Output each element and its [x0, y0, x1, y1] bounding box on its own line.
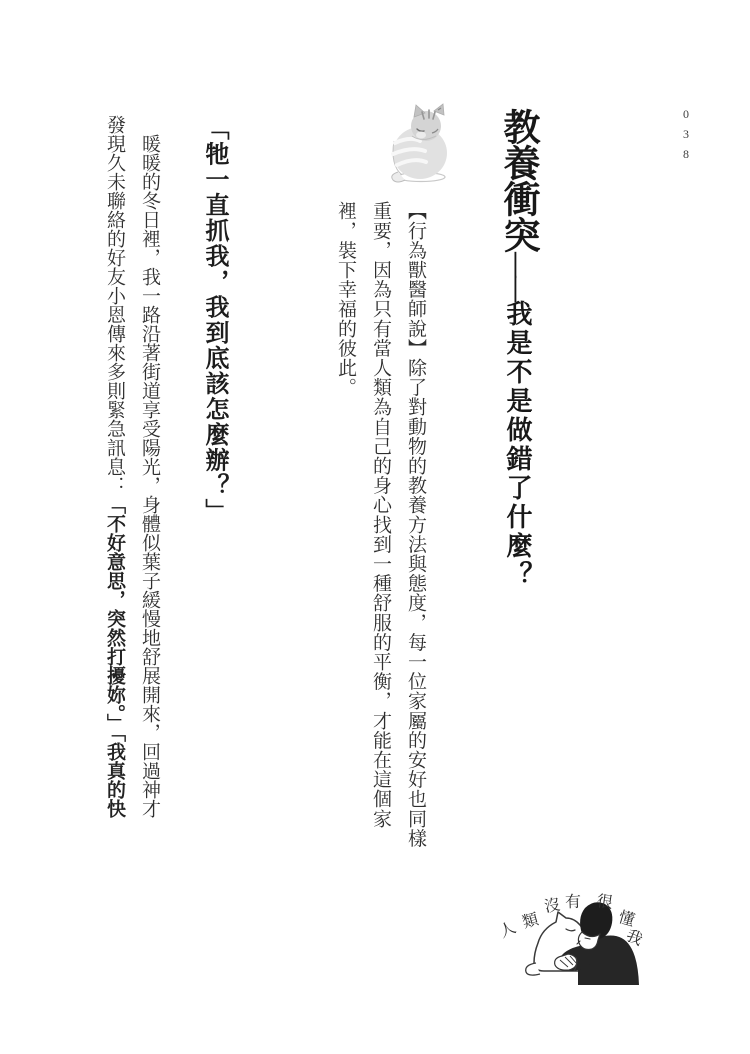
gray-cat-illustration [384, 103, 458, 183]
caption-char: 有 [565, 889, 582, 913]
chapter-title-subtitle: 我是不是做錯了什麼？ [503, 300, 532, 590]
illustration-caption: 人類沒有很懂我 [478, 845, 660, 985]
page-number: 038 [678, 107, 693, 167]
chapter-title: 教養衝突——我是不是做錯了什麼？ [490, 108, 544, 808]
person-hugging-cat-illustration: 人類沒有很懂我 [478, 845, 660, 985]
caption-char: 類 [519, 906, 541, 933]
vet-note-paragraph: 【行為獸醫師說】除了對動物的教養方法與態度，每一位家屬的安好也同樣 重要，因為只… [327, 201, 433, 901]
chapter-title-dash: —— [503, 252, 532, 300]
caption-char: 很 [595, 888, 614, 913]
caption-char: 沒 [542, 892, 562, 917]
caption-char: 人 [495, 915, 519, 943]
story-paragraph: 暖暖的冬日裡，我一路沿著街道享受陽光，身體似葉子緩慢地舒展開來，回過神才 發現久… [96, 115, 167, 915]
gray-cat-icon [384, 103, 458, 183]
story-paragraph-quote: 「不好意思，突然打擾妳。」「我真的快 [104, 495, 125, 818]
chapter-title-main: 教養衝突 [497, 108, 538, 252]
section-heading: 「牠一直抓我，我到底該怎麼辦？」 [197, 116, 232, 566]
